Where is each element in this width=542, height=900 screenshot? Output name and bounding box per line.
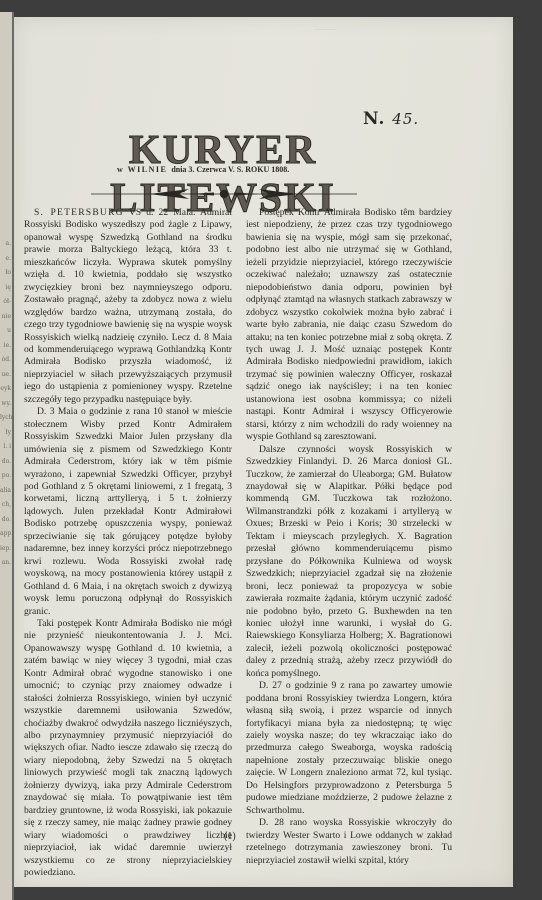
prev-page-fragment: e. [0,252,12,267]
prev-page-fragment: eyk [0,382,12,397]
prev-page-fragment: po. [0,469,12,484]
column-right: Postępek Kontr Admirała Bodisko têm bard… [246,207,452,867]
article-paragraph: D. 27 o godzinie 9 z rana po zawartey um… [246,680,452,817]
prev-page-fragment: ie. [0,339,12,354]
dateline-date: dnia 3. Czerwca V. S. ROKU 1808. [171,165,289,174]
dateline-place: w WILNIE [117,165,167,174]
article-paragraph: D. 3 Maia o godzinie z rana 10 stanoł w … [24,406,232,618]
prev-page-fragment: alia [0,484,12,499]
previous-page-edge: a.e.łoięół-nieuie.ód.ue.eykwy.lychłyl. i… [0,12,14,900]
prev-page-fragment: wy. [0,397,12,412]
prev-page-fragment: iep. [0,542,12,557]
prev-page-fragment: ię [0,281,12,296]
prev-page-fragment: lych [0,411,12,426]
prev-page-fragment: ue. [0,368,12,383]
article-paragraph: Postępek Kontr Admirała Bodisko têm bard… [246,207,452,444]
column-left: S. PETERSBURG VS d. 22 Maia. Admirał Ros… [24,207,232,879]
bleed-through-text: ........... [314,22,336,34]
article-lead: S. PETERSBURG [34,207,124,218]
prev-page-fragment: do. [0,513,12,528]
article-paragraph: Dalsze czynności woysk Rossyiskich w Szw… [246,444,452,681]
prev-page-fragment: ód. [0,353,12,368]
article-paragraph: S. PETERSBURG VS d. 22 Maia. Admirał Ros… [24,207,232,406]
prev-page-fragment: do. [0,455,12,470]
article-paragraph: D. 28 rano woyska Rossyiskie wkroczyły d… [246,817,452,867]
prev-page-fragment: ół- [0,295,12,310]
page-signature: (1) [224,831,236,842]
prev-page-fragment: l. i [0,440,12,455]
prev-page-fragment: u [0,324,12,339]
newspaper-page: ........... N. 45. KURYER LITEWSKI w WIL… [14,17,513,887]
prev-page-fragment: ły [0,426,12,441]
article-paragraph: Taki postępek Kontr Admirała Bodisko nie… [24,618,232,880]
prev-page-fragment: ch, [0,498,12,513]
dateline: w WILNIE dnia 3. Czerwca V. S. ROKU 1808… [117,165,357,174]
prev-page-fragment: a. [0,237,12,252]
prev-page-fragment: ło [0,266,12,281]
prev-page-fragment: app [0,527,12,542]
paragraph-text: VS d. 22 Maia. Admirał Rossyiski Bodisko… [24,207,232,405]
ornament-divider-icon [89,187,359,201]
prev-page-fragment: nie [0,310,12,325]
prev-page-fragment: an. [0,556,12,571]
